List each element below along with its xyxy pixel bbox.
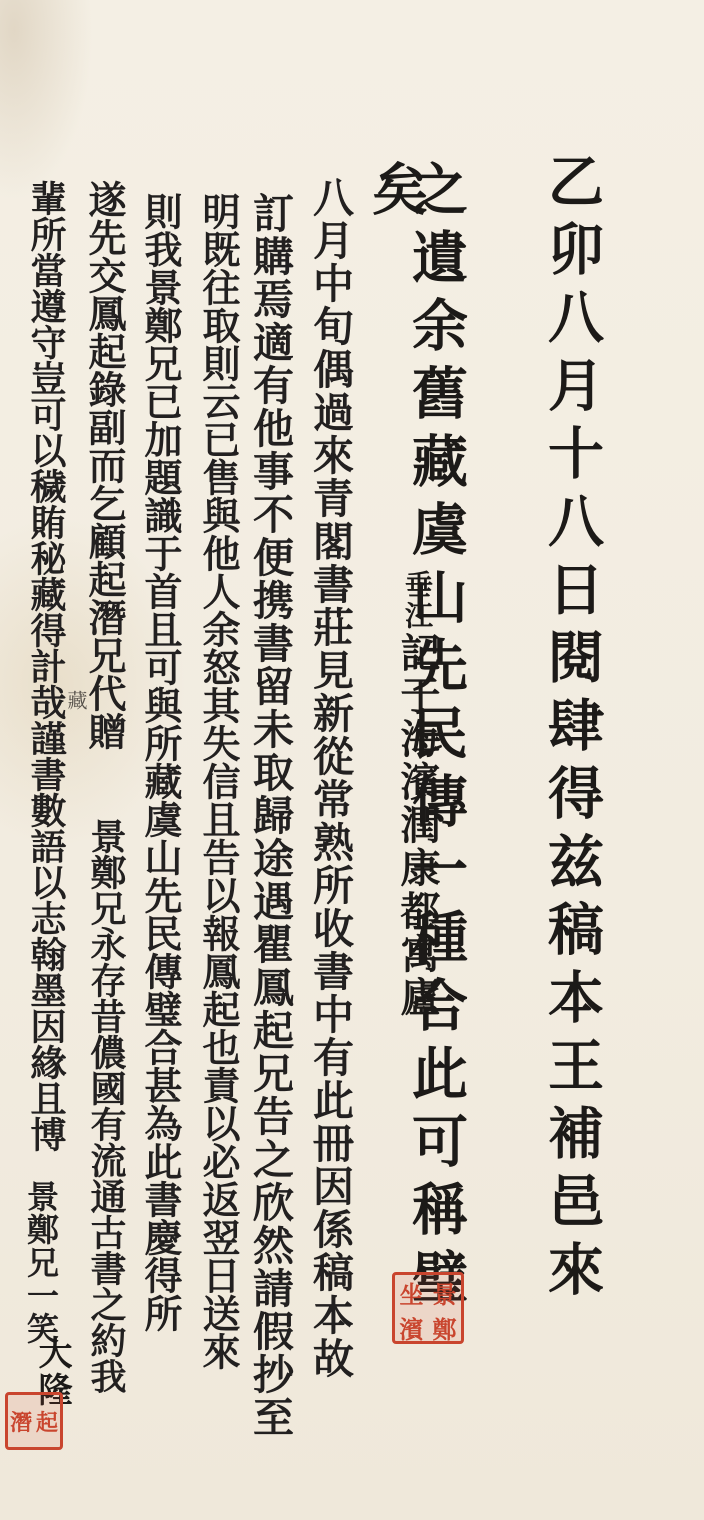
colophon-2-column-3: 明既往取則云已售與他人余怒其失信且告以報鳳起也責以必返翌日送來	[191, 192, 246, 1370]
colophon-2-column-5b: 景鄭兄永存昔儂國有流通古書之約我	[81, 818, 132, 1394]
interlinear-note: 藏	[62, 690, 91, 710]
signature-text: 記于海濱潤康都寓廬	[394, 632, 441, 1019]
seal-char: 鄭	[428, 1310, 461, 1345]
seal-char: 景	[428, 1275, 461, 1310]
colophon-2-column-6: 輩所當遵守豈可以穢賄秘藏得計哉謹書數語以志翰墨因緣且博	[21, 180, 72, 1152]
seal-char: 濱	[395, 1310, 428, 1345]
colophon-2-column-2: 訂購焉適有他事不便携書留未取歸途遇瞿鳳起兄告之欣然請假抄至	[241, 192, 300, 1439]
signature-prefix: 垂江	[401, 570, 434, 632]
seal-qiqian: 潛 起	[5, 1392, 63, 1450]
colophon-2-column-6b: 景鄭兄一笑	[18, 1180, 64, 1345]
colophon-1-signature: 垂江記于海濱潤康都寓廬	[389, 570, 446, 1019]
colophon-1-column-3: 矣	[356, 160, 436, 228]
seal-char: 坐	[395, 1275, 428, 1310]
colophon-2-column-5: 遂先交鳳起錄副而乞顧起潛兄代贈	[77, 180, 132, 750]
colophon-1-column-1: 乙卯八月十八日閱肆得兹稿本王補邑來	[532, 152, 612, 1308]
colophon-2-column-4: 則我景鄭兄已加題識于首且可與所藏虞山先民傳璧合甚為此書慶得所	[133, 192, 188, 1332]
colophon-2-column-1: 八月中旬偶過來青閣書莊見新從常熟所收書中有此冊因係稿本故	[301, 176, 360, 1380]
seal-char: 起	[34, 1395, 60, 1447]
seal-jingzheng: 坐 景 濱 鄭	[392, 1272, 464, 1344]
seal-char: 潛	[8, 1395, 34, 1447]
